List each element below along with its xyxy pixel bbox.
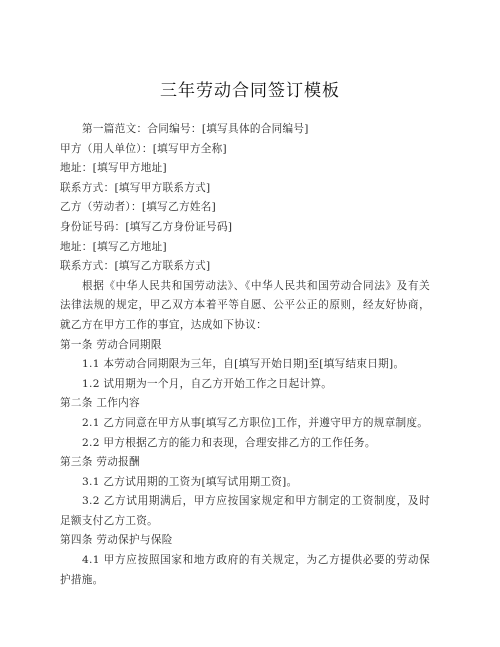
contract-number-line: 第一篇范文：合同编号：[填写具体的合同编号]: [60, 120, 430, 140]
clause-2-1: 2.1 乙方同意在甲方从事[填写乙方职位]工作，并遵守甲方的规章制度。: [60, 414, 430, 434]
party-a-address-line: 地址：[填写甲方地址]: [60, 159, 430, 179]
party-a-contact-line: 联系方式：[填写甲方联系方式]: [60, 179, 430, 199]
article-4-heading: 第四条 劳动保护与保险: [60, 531, 430, 551]
document-page: 三年劳动合同签订模板 第一篇范文：合同编号：[填写具体的合同编号] 甲方（用人单…: [0, 0, 500, 647]
party-b-name-line: 乙方（劳动者）：[填写乙方姓名]: [60, 198, 430, 218]
article-1-heading: 第一条 劳动合同期限: [60, 336, 430, 356]
article-2-heading: 第二条 工作内容: [60, 394, 430, 414]
clause-4-1: 4.1 甲方应按照国家和地方政府的有关规定，为乙方提供必要的劳动保护措施。: [60, 551, 430, 590]
clause-3-2: 3.2 乙方试用期满后，甲方应按国家规定和甲方制定的工资制度，及时足额支付乙方工…: [60, 492, 430, 531]
article-3-heading: 第三条 劳动报酬: [60, 453, 430, 473]
party-b-id-line: 身份证号码：[填写乙方身份证号码]: [60, 218, 430, 238]
clause-1-1: 1.1 本劳动合同期限为三年，自[填写开始日期]至[填写结束日期]。: [60, 355, 430, 375]
preamble-paragraph: 根据《中华人民共和国劳动法》、《中华人民共和国劳动合同法》及有关法律法规的规定，…: [60, 277, 430, 336]
party-b-address-line: 地址：[填写乙方地址]: [60, 238, 430, 258]
party-b-contact-line: 联系方式：[填写乙方联系方式]: [60, 257, 430, 277]
document-title: 三年劳动合同签订模板: [0, 76, 500, 101]
clause-1-2: 1.2 试用期为一个月，自乙方开始工作之日起计算。: [60, 375, 430, 395]
clause-2-2: 2.2 甲方根据乙方的能力和表现，合理安排乙方的工作任务。: [60, 434, 430, 454]
party-a-name-line: 甲方（用人单位）：[填写甲方全称]: [60, 140, 430, 160]
document-body: 第一篇范文：合同编号：[填写具体的合同编号] 甲方（用人单位）：[填写甲方全称]…: [60, 120, 430, 590]
clause-3-1: 3.1 乙方试用期的工资为[填写试用期工资]。: [60, 473, 430, 493]
